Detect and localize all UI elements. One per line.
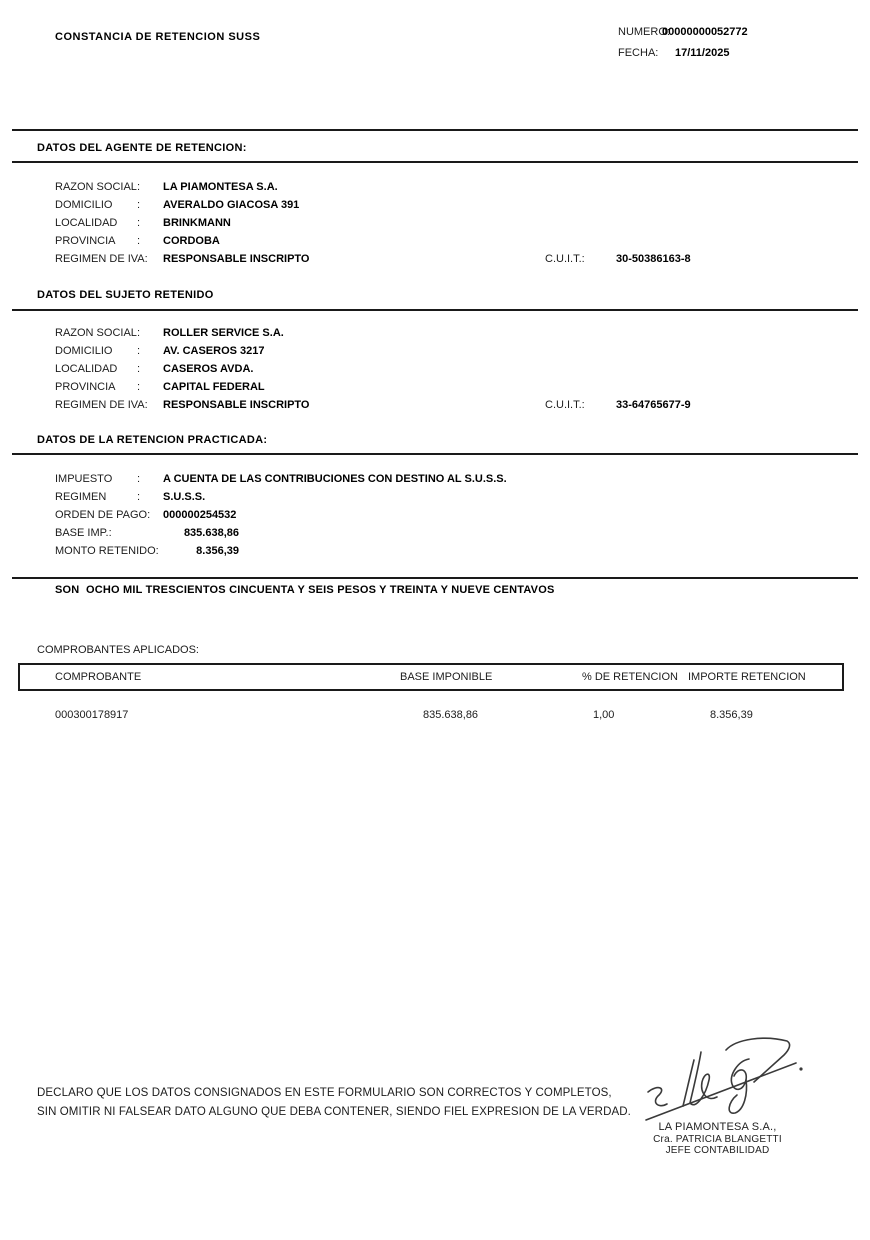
field-colon: : — [137, 199, 140, 211]
field-value: 000000254532 — [163, 509, 236, 521]
field-colon: : — [137, 381, 140, 393]
subject-section-heading: DATOS DEL SUJETO RETENIDO — [37, 289, 214, 301]
cell-comprobante: 000300178917 — [55, 709, 128, 721]
signature-scribble — [638, 1032, 818, 1124]
field-colon: : — [137, 217, 140, 229]
divider — [12, 453, 858, 455]
retention-certificate-document: CONSTANCIA DE RETENCION SUSS NUMERO: 000… — [0, 0, 870, 1240]
field-value: A CUENTA DE LAS CONTRIBUCIONES CON DESTI… — [163, 473, 507, 485]
field-label: DOMICILIO — [55, 199, 112, 211]
field-colon: : — [137, 363, 140, 375]
column-header-importe-retencion: IMPORTE RETENCION — [688, 671, 806, 683]
divider — [12, 309, 858, 311]
field-label: RAZON SOCIAL — [55, 327, 137, 339]
field-label: IMPUESTO — [55, 473, 112, 485]
field-label: LOCALIDAD — [55, 217, 117, 229]
divider — [12, 161, 858, 163]
column-header-base-imponible: BASE IMPONIBLE — [400, 671, 492, 683]
retention-section-heading: DATOS DE LA RETENCION PRACTICADA: — [37, 434, 267, 446]
field-value: 835.638,86 — [163, 527, 239, 539]
field-value: S.U.S.S. — [163, 491, 205, 503]
field-value: ROLLER SERVICE S.A. — [163, 327, 284, 339]
field-colon: : — [137, 473, 140, 485]
fecha-value: 17/11/2025 — [675, 47, 729, 59]
field-label: ORDEN DE PAGO: — [55, 509, 150, 521]
field-value: CAPITAL FEDERAL — [163, 381, 265, 393]
cuit-value: 33-64765677-9 — [616, 399, 691, 411]
field-colon: : — [137, 327, 140, 339]
field-value: BRINKMANN — [163, 217, 231, 229]
agent-section-heading: DATOS DEL AGENTE DE RETENCION: — [37, 142, 247, 154]
divider — [12, 577, 858, 579]
field-label: DOMICILIO — [55, 345, 112, 357]
field-value: CORDOBA — [163, 235, 220, 247]
field-colon: : — [137, 345, 140, 357]
vouchers-heading: COMPROBANTES APLICADOS: — [37, 644, 199, 656]
cell-pct-retencion: 1,00 — [593, 709, 614, 721]
column-header-comprobante: COMPROBANTE — [55, 671, 141, 683]
field-label: REGIMEN — [55, 491, 106, 503]
cuit-label: C.U.I.T.: — [545, 253, 585, 265]
field-label: REGIMEN DE IVA: — [55, 253, 148, 265]
numero-value: 00000000052772 — [662, 26, 748, 38]
field-label: PROVINCIA — [55, 381, 116, 393]
declaration-line-1: DECLARO QUE LOS DATOS CONSIGNADOS EN EST… — [37, 1087, 612, 1099]
field-value: AV. CASEROS 3217 — [163, 345, 265, 357]
cuit-label: C.U.I.T.: — [545, 399, 585, 411]
signature-company: LA PIAMONTESA S.A., — [635, 1121, 800, 1133]
field-label: REGIMEN DE IVA: — [55, 399, 148, 411]
field-value: RESPONSABLE INSCRIPTO — [163, 253, 310, 265]
signature-signer: Cra. PATRICIA BLANGETTI — [635, 1134, 800, 1145]
field-colon: : — [137, 491, 140, 503]
field-value: CASEROS AVDA. — [163, 363, 253, 375]
field-label: LOCALIDAD — [55, 363, 117, 375]
cuit-value: 30-50386163-8 — [616, 253, 691, 265]
field-value: 8.356,39 — [163, 545, 239, 557]
declaration-line-2: SIN OMITIR NI FALSEAR DATO ALGUNO QUE DE… — [37, 1106, 631, 1118]
page-title: CONSTANCIA DE RETENCION SUSS — [55, 31, 260, 43]
column-header-pct-retencion: % DE RETENCION — [582, 671, 678, 683]
signature-role: JEFE CONTABILIDAD — [635, 1145, 800, 1156]
field-label: RAZON SOCIAL — [55, 181, 137, 193]
field-label: BASE IMP.: — [55, 527, 112, 539]
fecha-label: FECHA: — [618, 47, 658, 59]
field-value: RESPONSABLE INSCRIPTO — [163, 399, 310, 411]
field-colon: : — [137, 181, 140, 193]
cell-base-imponible: 835.638,86 — [423, 709, 478, 721]
cell-importe-retencion: 8.356,39 — [710, 709, 753, 721]
field-label: PROVINCIA — [55, 235, 116, 247]
field-colon: : — [137, 235, 140, 247]
divider — [12, 129, 858, 131]
field-value: LA PIAMONTESA S.A. — [163, 181, 278, 193]
field-value: AVERALDO GIACOSA 391 — [163, 199, 299, 211]
field-label: MONTO RETENIDO: — [55, 545, 159, 557]
amount-in-words: SON OCHO MIL TRESCIENTOS CINCUENTA Y SEI… — [55, 584, 555, 596]
